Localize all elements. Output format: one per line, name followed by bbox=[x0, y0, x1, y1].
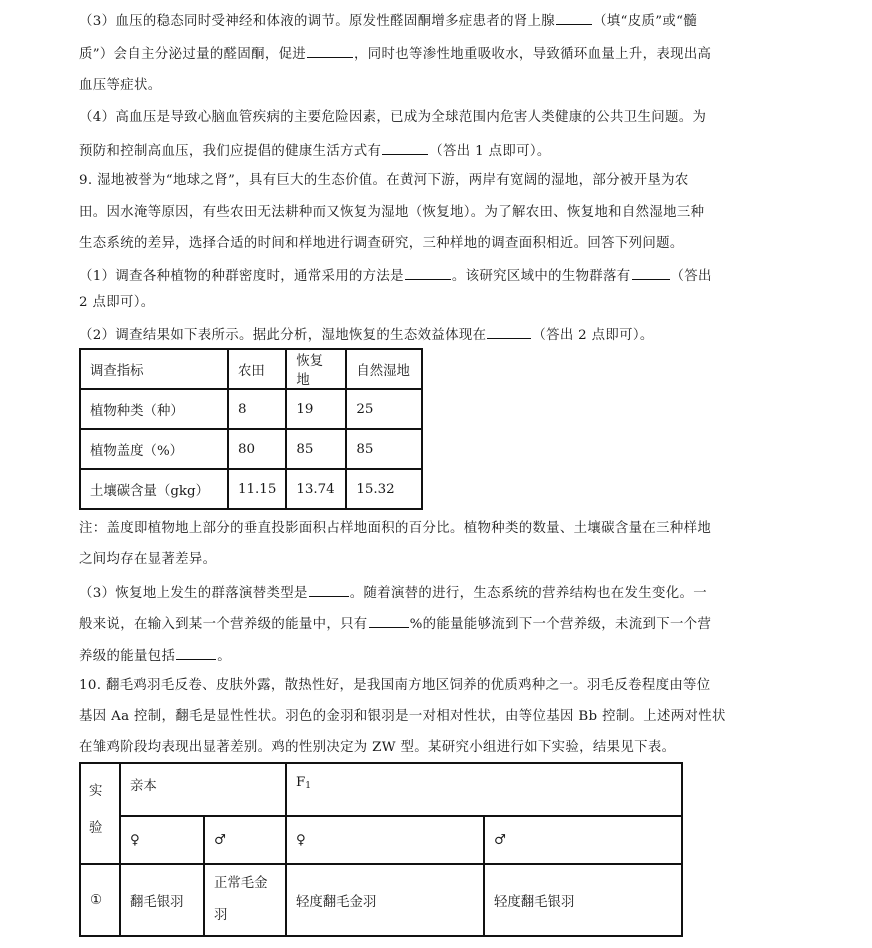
text: 预防和控制高血压，我们应提倡的健康生活方式有 bbox=[79, 144, 381, 159]
table-cell: 8 bbox=[228, 389, 286, 429]
text: 。随着演替的进行，生态系统的营养结构也在发生变化。一 bbox=[350, 586, 707, 601]
q10-stem-line1: 10. 翻毛鸡羽毛反卷、皮肤外露，散热性好，是我国南方地区饲养的优质鸡种之一。羽… bbox=[79, 675, 711, 697]
table-cell: 85 bbox=[286, 429, 346, 469]
q8-part3-line2: 质”）会自主分泌过量的醛固酮，促进，同时也等渗性地重吸收水，导致循环血量上升，表… bbox=[79, 42, 711, 64]
answer-blank bbox=[382, 139, 428, 155]
answer-blank bbox=[309, 581, 349, 597]
text: F bbox=[296, 775, 305, 790]
female-symbol-cell: ♀ bbox=[120, 816, 204, 864]
q9-stem-line1: 9. 湿地被誉为“地球之肾”，具有巨大的生态价值。在黄河下游，两岸有宽阔的湿地，… bbox=[79, 170, 689, 192]
answer-blank bbox=[556, 9, 592, 25]
q9-part1-line2: 2 点即可）。 bbox=[79, 292, 154, 314]
answer-blank bbox=[307, 42, 353, 58]
table-cell: 翻毛银羽 bbox=[120, 864, 204, 936]
text: 质”）会自主分泌过量的醛固酮，促进 bbox=[79, 47, 306, 62]
table-cell: 植物盖度（%） bbox=[80, 429, 228, 469]
table-row: 植物盖度（%） 80 85 85 bbox=[80, 429, 422, 469]
table-cell: 11.15 bbox=[228, 469, 286, 509]
table-row: 植物种类（种） 8 19 25 bbox=[80, 389, 422, 429]
survey-results-table: 调查指标 农田 恢复地 自然湿地 植物种类（种） 8 19 25 植物盖度（%）… bbox=[79, 348, 423, 510]
male-symbol-cell: ♂ bbox=[484, 816, 682, 864]
text: （答出 1 点即可）。 bbox=[429, 144, 550, 159]
text: （答出 2 点即可）。 bbox=[532, 328, 653, 343]
text: （2）调查结果如下表所示。据此分析，湿地恢复的生态效益体现在 bbox=[79, 328, 486, 343]
table-cell: 13.74 bbox=[286, 469, 346, 509]
f1-header-cell: F1 bbox=[286, 763, 682, 816]
experiment-table: 实 验 亲本 F1 ♀ ♂ ♀ ♂ ① 翻毛银羽 正常毛金羽 轻度翻毛金羽 轻度… bbox=[79, 762, 683, 937]
table-header-row: ♀ ♂ ♀ ♂ bbox=[80, 816, 682, 864]
female-symbol-cell: ♀ bbox=[286, 816, 484, 864]
answer-blank bbox=[369, 612, 409, 628]
answer-blank bbox=[176, 644, 216, 660]
experiment-header-cell: 实 验 bbox=[80, 763, 120, 864]
q9-stem-line2: 田。因水淹等原因，有些农田无法耕种而又恢复为湿地（恢复地）。为了解农田、恢复地和… bbox=[79, 202, 704, 224]
table-cell: 正常毛金羽 bbox=[204, 864, 286, 936]
table-header-row: 调查指标 农田 恢复地 自然湿地 bbox=[80, 349, 422, 389]
male-symbol-cell: ♂ bbox=[204, 816, 286, 864]
text: 1 bbox=[305, 781, 311, 791]
q9-stem-line3: 生态系统的差异，选择合适的时间和样地进行调查研究，三种样地的调查面积相近。回答下… bbox=[79, 233, 684, 255]
q8-part3-line3: 血压等症状。 bbox=[79, 75, 161, 97]
text: 般来说，在输入到某一个营养级的能量中，只有 bbox=[79, 617, 368, 632]
table-cell: 轻度翻毛金羽 bbox=[286, 864, 484, 936]
text: （3）恢复地上发生的群落演替类型是 bbox=[79, 586, 308, 601]
q9-part1-line1: （1）调查各种植物的种群密度时，通常采用的方法是。该研究区域中的生物群落有（答出 bbox=[79, 264, 712, 286]
table-header-cell: 农田 bbox=[228, 349, 286, 389]
q9-note-line1: 注：盖度即植物地上部分的垂直投影面积占样地面积的百分比。植物种类的数量、土壤碳含… bbox=[79, 518, 711, 540]
q9-note-line2: 之间均存在显著差异。 bbox=[79, 549, 216, 571]
text: ，同时也等渗性地重吸收水，导致循环血量上升，表现出高 bbox=[354, 47, 711, 62]
q8-part3-line1: （3）血压的稳态同时受神经和体液的调节。原发性醛固酮增多症患者的肾上腺（填“皮质… bbox=[79, 9, 697, 31]
answer-blank bbox=[405, 264, 451, 280]
parents-header-cell: 亲本 bbox=[120, 763, 286, 816]
text: 。该研究区域中的生物群落有 bbox=[452, 269, 631, 284]
text: （1）调查各种植物的种群密度时，通常采用的方法是 bbox=[79, 269, 404, 284]
q8-part4-line1: （4）高血压是导致心脑血管疾病的主要危险因素，已成为全球范围内危害人类健康的公共… bbox=[79, 107, 706, 129]
table-row: 土壤碳含量（gkg） 11.15 13.74 15.32 bbox=[80, 469, 422, 509]
q10-stem-line3: 在雏鸡阶段均表现出显著差别。鸡的性别决定为 ZW 型。某研究小组进行如下实验，结… bbox=[79, 737, 675, 759]
q8-part4-line2: 预防和控制高血压，我们应提倡的健康生活方式有（答出 1 点即可）。 bbox=[79, 139, 551, 161]
table-header-cell: 调查指标 bbox=[80, 349, 228, 389]
answer-blank bbox=[632, 264, 670, 280]
q9-part3-line3: 养级的能量包括。 bbox=[79, 644, 231, 666]
text: 实 bbox=[89, 770, 111, 814]
table-cell: 19 bbox=[286, 389, 346, 429]
table-cell: 植物种类（种） bbox=[80, 389, 228, 429]
q9-part2: （2）调查结果如下表所示。据此分析，湿地恢复的生态效益体现在（答出 2 点即可）… bbox=[79, 323, 654, 345]
text: （答出 bbox=[671, 269, 712, 284]
q9-part3-line1: （3）恢复地上发生的群落演替类型是。随着演替的进行，生态系统的营养结构也在发生变… bbox=[79, 581, 707, 603]
table-cell: ① bbox=[80, 864, 120, 936]
text: 验 bbox=[89, 814, 111, 858]
text: （填“皮质”或“髓 bbox=[593, 14, 697, 29]
table-cell: 85 bbox=[346, 429, 422, 469]
text: （3）血压的稳态同时受神经和体液的调节。原发性醛固酮增多症患者的肾上腺 bbox=[79, 14, 555, 29]
table-cell: 15.32 bbox=[346, 469, 422, 509]
q9-part3-line2: 般来说，在输入到某一个营养级的能量中，只有%的能量能够流到下一个营养级，未流到下… bbox=[79, 612, 711, 634]
table-cell: 25 bbox=[346, 389, 422, 429]
table-cell: 土壤碳含量（gkg） bbox=[80, 469, 228, 509]
answer-blank bbox=[487, 323, 531, 339]
table-cell: 轻度翻毛银羽 bbox=[484, 864, 682, 936]
text: 养级的能量包括 bbox=[79, 649, 175, 664]
table-row: ① 翻毛银羽 正常毛金羽 轻度翻毛金羽 轻度翻毛银羽 bbox=[80, 864, 682, 936]
q10-stem-line2: 基因 Aa 控制，翻毛是显性性状。羽色的金羽和银羽是一对相对性状，由等位基因 B… bbox=[79, 706, 726, 728]
table-header-cell: 自然湿地 bbox=[346, 349, 422, 389]
text: %的能量能够流到下一个营养级，未流到下一个营 bbox=[410, 617, 712, 632]
text: 。 bbox=[217, 649, 231, 664]
table-header-row: 实 验 亲本 F1 bbox=[80, 763, 682, 816]
table-cell: 80 bbox=[228, 429, 286, 469]
table-header-cell: 恢复地 bbox=[286, 349, 346, 389]
